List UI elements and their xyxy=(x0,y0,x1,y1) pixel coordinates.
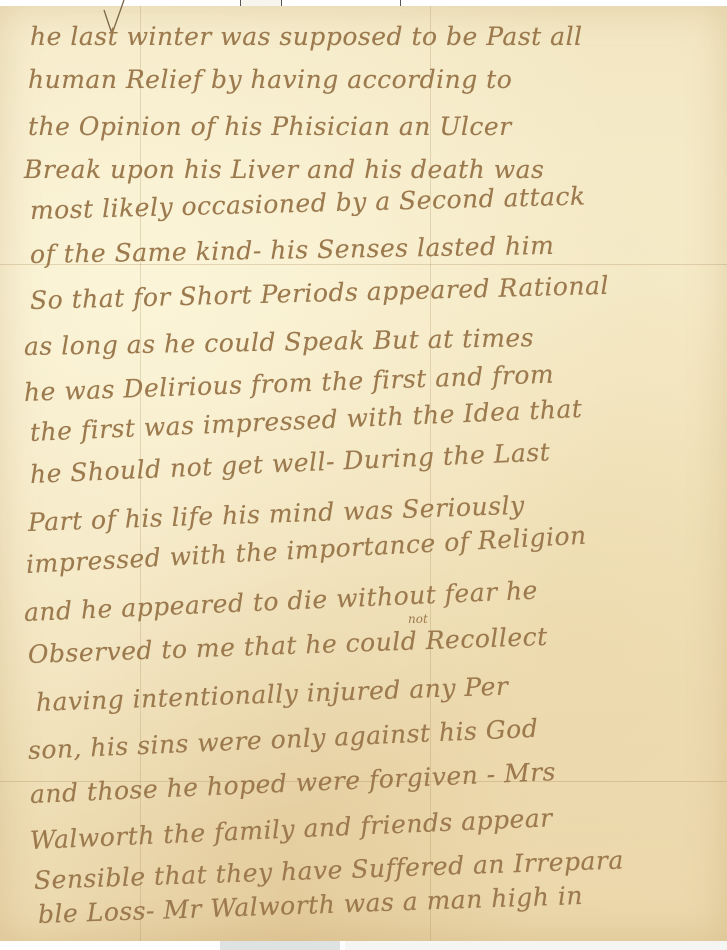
text-line: he Should not get well- During the Last xyxy=(29,437,550,489)
text-line: So that for Short Periods appeared Ratio… xyxy=(30,271,610,315)
text-line: most likely occasioned by a Second attac… xyxy=(30,181,586,225)
text-line: he last winter was supposed to be Past a… xyxy=(30,22,583,51)
interlinear-insert: not xyxy=(408,612,428,626)
handwritten-text: he last winter was supposed to be Past a… xyxy=(0,0,727,950)
text-line: and he appeared to die without fear he xyxy=(23,576,538,627)
text-line: human Relief by having according to xyxy=(28,65,512,94)
text-line: Break upon his Liver and his death was xyxy=(24,155,544,184)
scan-base-left xyxy=(220,941,340,950)
text-line: as long as he could Speak But at times xyxy=(24,323,535,361)
text-line: having intentionally injured any Per xyxy=(35,672,508,717)
text-line: of the Same kind- his Senses lasted him xyxy=(30,231,555,269)
text-line: and those he hoped were forgiven - Mrs xyxy=(29,757,556,809)
scan-base-right xyxy=(345,941,727,950)
text-line: Observed to me that he could Recollect xyxy=(27,622,548,669)
text-line: the Opinion of his Phisician an Ulcer xyxy=(28,112,512,141)
text-line: Walworth the family and friends appear xyxy=(29,803,553,855)
text-line: son, his sins were only against his God xyxy=(27,714,538,765)
